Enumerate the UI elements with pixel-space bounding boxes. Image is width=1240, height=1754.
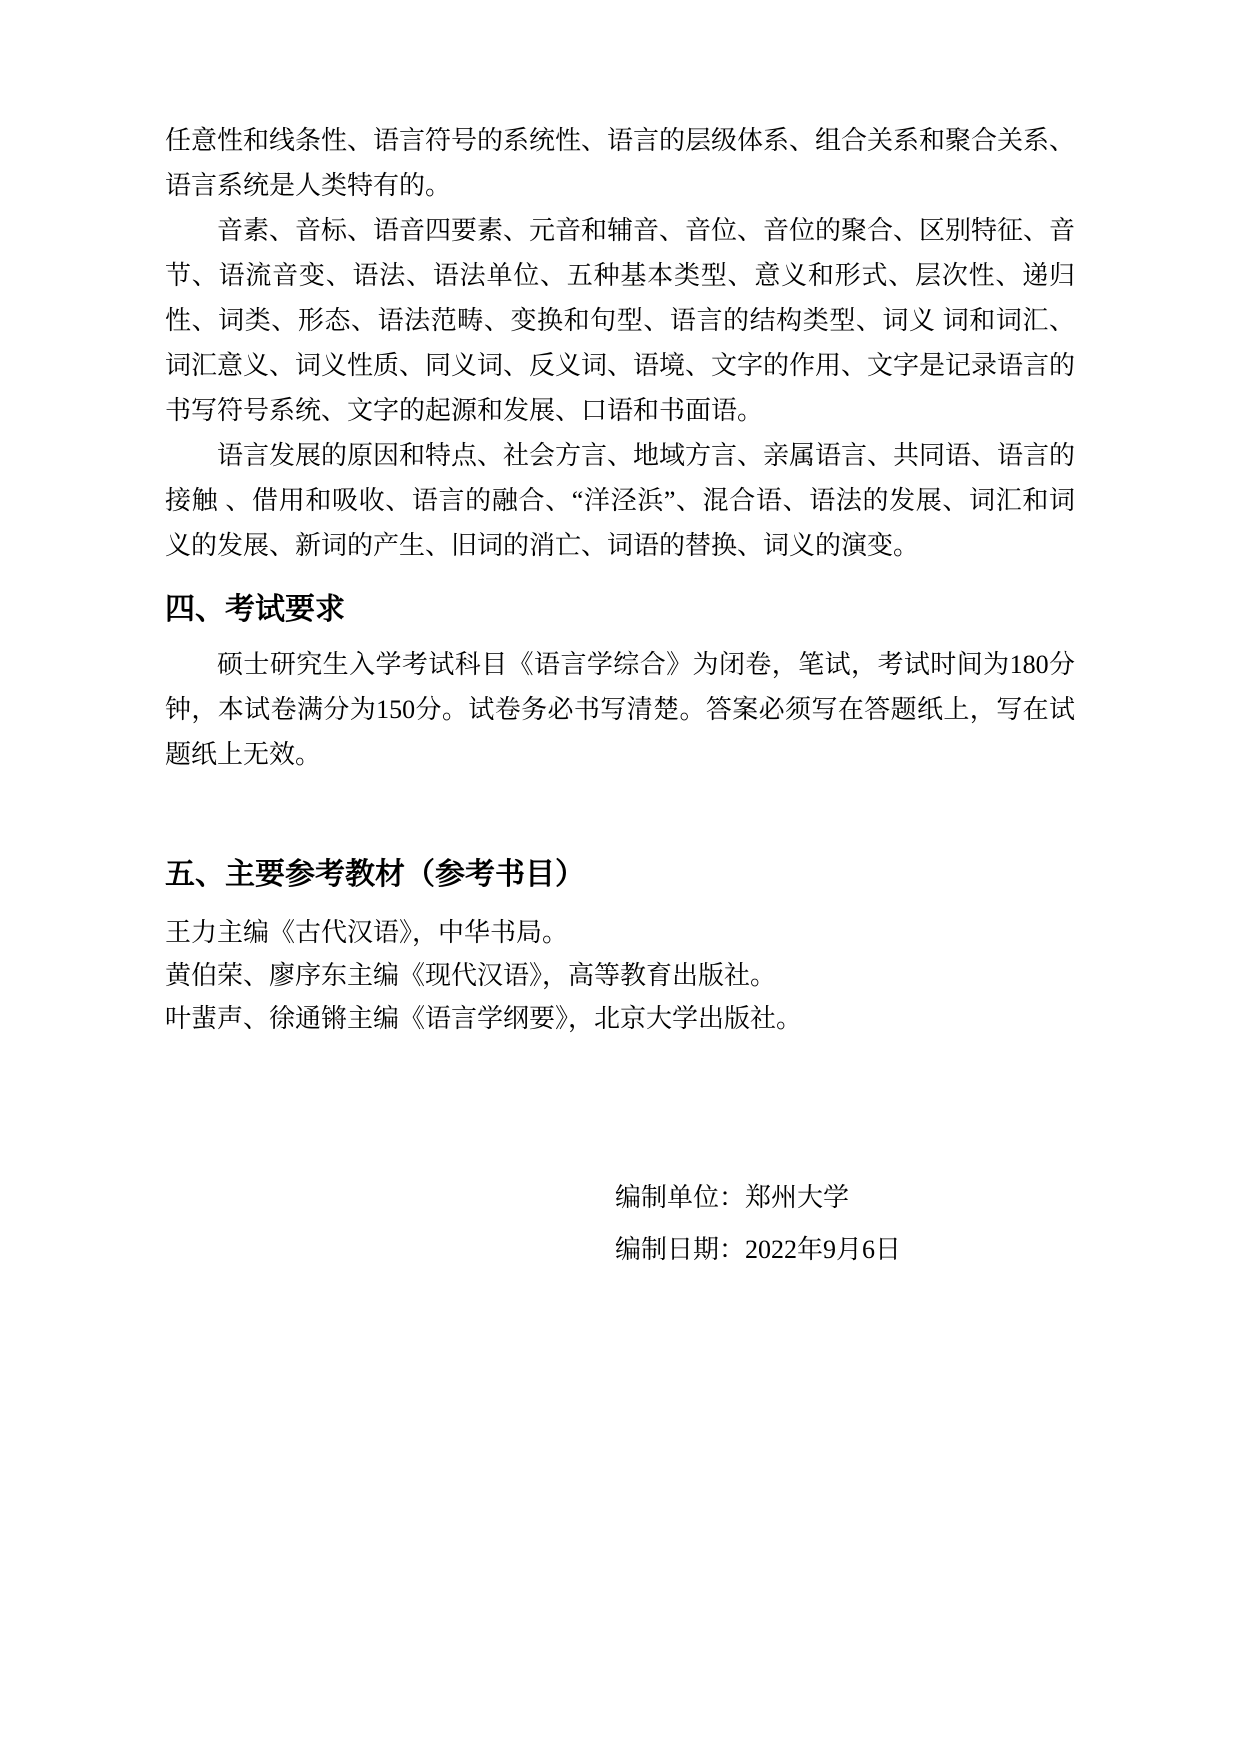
document-footer: 编制单位：郑州大学 编制日期：2022年9月6日 bbox=[615, 1172, 1075, 1276]
paragraph-continuation: 任意性和线条性、语言符号的系统性、语言的层级体系、组合关系和聚合关系、语言系统是… bbox=[165, 118, 1075, 208]
section-heading-exam-requirements: 四、考试要求 bbox=[165, 590, 1075, 630]
paragraph-exam-requirements: 硕士研究生入学考试科目《语言学综合》为闭卷，笔试，考试时间为180分钟，本试卷满… bbox=[165, 642, 1075, 777]
reference-item: 叶蜚声、徐通锵主编《语言学纲要》，北京大学出版社。 bbox=[165, 997, 1075, 1040]
reference-item: 黄伯荣、廖序东主编《现代汉语》，高等教育出版社。 bbox=[165, 954, 1075, 997]
footer-issuing-date: 编制日期：2022年9月6日 bbox=[615, 1224, 1075, 1276]
section-heading-reference-books: 五、主要参考教材（参考书目） bbox=[165, 855, 1075, 895]
paragraph-language-development: 语言发展的原因和特点、社会方言、地域方言、亲属语言、共同语、语言的接触 、借用和… bbox=[165, 433, 1075, 568]
footer-issuing-unit: 编制单位：郑州大学 bbox=[615, 1172, 1075, 1224]
document-page: 任意性和线条性、语言符号的系统性、语言的层级体系、组合关系和聚合关系、语言系统是… bbox=[0, 0, 1240, 1754]
reference-item: 王力主编《古代汉语》，中华书局。 bbox=[165, 911, 1075, 954]
paragraph-phonetics-grammar: 音素、音标、语音四要素、元音和辅音、音位、音位的聚合、区别特征、音节、语流音变、… bbox=[165, 208, 1075, 433]
